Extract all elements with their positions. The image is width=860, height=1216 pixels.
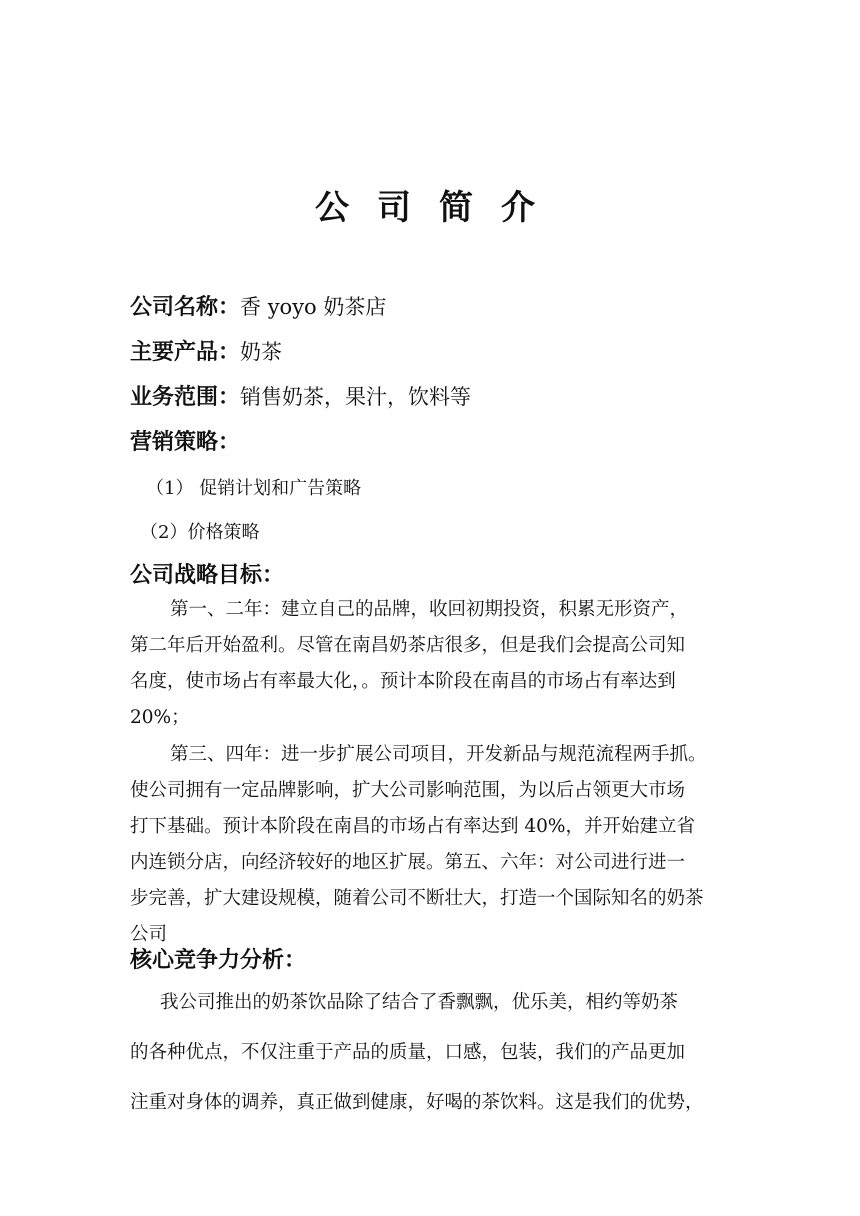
- text-line: 注重对身体的调养，真正做到健康，好喝的茶饮料。这是我们的优势，: [130, 1078, 730, 1128]
- text-line: 我公司推出的奶茶饮品除了结合了香飘飘，优乐美，相约等奶茶: [130, 978, 730, 1028]
- strategy-paragraph-2: 第三、四年：进一步扩展公司项目，开发新品与规范流程两手抓。 使公司拥有一定品牌影…: [130, 737, 730, 953]
- competitiveness-heading: 核心竞争力分析：: [130, 943, 306, 974]
- text-line: 第一、二年：建立自己的品牌，收回初期投资，积累无形资产，: [130, 592, 730, 628]
- field-value: 奶茶: [240, 340, 282, 364]
- strategy-paragraph-1: 第一、二年：建立自己的品牌，收回初期投资，积累无形资产， 第二年后开始盈利。尽管…: [130, 592, 730, 736]
- field-label: 主要产品：: [130, 339, 240, 365]
- field-company-name: 公司名称：香 yoyo 奶茶店: [130, 290, 386, 321]
- marketing-heading: 营销策略：: [130, 425, 240, 456]
- field-value: 销售奶茶，果汁，饮料等: [240, 385, 471, 409]
- field-business-scope: 业务范围：销售奶茶，果汁，饮料等: [130, 380, 471, 411]
- competitiveness-paragraph: 我公司推出的奶茶饮品除了结合了香飘飘，优乐美，相约等奶茶 的各种优点，不仅注重于…: [130, 978, 730, 1128]
- text-line: 名度，使市场占有率最大化，。预计本阶段在南昌的市场占有率达到: [130, 664, 730, 700]
- marketing-item-1: （1） 促销计划和广告策略: [146, 474, 361, 500]
- page-title-text: 公司简介: [315, 180, 563, 229]
- text-line: 的各种优点，不仅注重于产品的质量，口感，包装，我们的产品更加: [130, 1028, 730, 1078]
- text-line: 使公司拥有一定品牌影响，扩大公司影响范围，为以后占领更大市场: [130, 773, 730, 809]
- text-line: 打下基础。预计本阶段在南昌的市场占有率达到 40%，并开始建立省: [130, 809, 730, 845]
- field-value: 香 yoyo 奶茶店: [240, 295, 386, 319]
- field-main-product: 主要产品：奶茶: [130, 335, 282, 366]
- strategy-heading: 公司战略目标：: [130, 558, 284, 589]
- text-line: 第三、四年：进一步扩展公司项目，开发新品与规范流程两手抓。: [130, 737, 730, 773]
- text-line: 步完善，扩大建设规模，随着公司不断壮大，打造一个国际知名的奶茶: [130, 881, 730, 917]
- text-line: 内连锁分店，向经济较好的地区扩展。第五、六年：对公司进行进一: [130, 845, 730, 881]
- field-label: 业务范围：: [130, 384, 240, 410]
- text-line: 20%；: [130, 700, 730, 736]
- field-label: 公司名称：: [130, 294, 240, 320]
- page-title: 公司简介: [0, 180, 860, 229]
- text-line: 第二年后开始盈利。尽管在南昌奶茶店很多，但是我们会提高公司知: [130, 628, 730, 664]
- marketing-item-2: （2）价格策略: [140, 518, 259, 544]
